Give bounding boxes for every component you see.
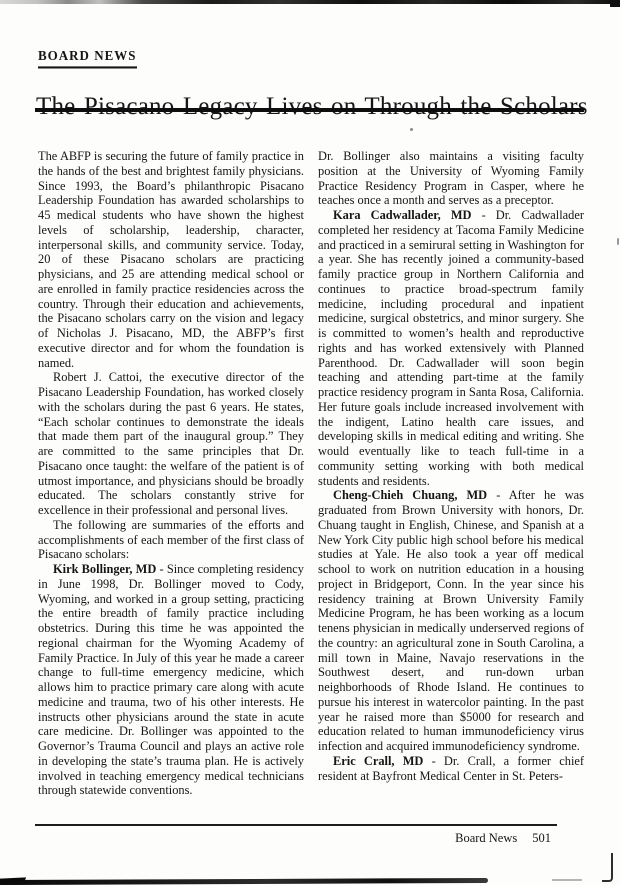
- paragraph: Dr. Bollinger also maintains a visiting …: [318, 149, 584, 208]
- scan-artifact-edge-mark: [617, 238, 619, 245]
- scan-artifact-corner-bracket: [602, 853, 613, 882]
- paragraph: Robert J. Cattoi, the executive director…: [38, 370, 304, 518]
- paragraph: The following are summaries of the effor…: [38, 518, 304, 562]
- scan-artifact-bottom-smudge: [552, 879, 582, 881]
- scan-artifact-bottom-line: [0, 878, 488, 885]
- left-column: The ABFP is securing the future of famil…: [38, 149, 304, 805]
- title-divider-rule: [35, 108, 584, 112]
- paragraph: Kirk Bollinger, MD - Since completing re…: [38, 562, 304, 798]
- scan-artifact-top-line: [0, 0, 620, 4]
- section-kicker: BOARD NEWS: [38, 48, 137, 69]
- footer-divider-rule: [35, 824, 557, 826]
- scan-artifact-dot: [410, 128, 413, 131]
- paragraph: The ABFP is securing the future of famil…: [38, 149, 304, 370]
- page-number: 501: [532, 831, 551, 845]
- paragraph: Kara Cadwallader, MD - Dr. Cadwallader c…: [318, 208, 584, 488]
- paragraph: Cheng-Chieh Chuang, MD - After he was gr…: [318, 488, 584, 754]
- paragraph: Eric Crall, MD - Dr. Crall, a former chi…: [318, 754, 584, 784]
- scan-artifact-top-corner: [610, 0, 620, 7]
- right-column: Dr. Bollinger also maintains a visiting …: [318, 149, 584, 805]
- scholar-name: Cheng-Chieh Chuang, MD: [333, 488, 487, 502]
- footer-section-label: Board News: [455, 831, 517, 845]
- running-footer: Board News501: [38, 831, 551, 846]
- scholar-name: Eric Crall, MD: [333, 754, 423, 768]
- article-body: The ABFP is securing the future of famil…: [38, 149, 584, 805]
- scholar-name: Kara Cadwallader, MD: [333, 208, 471, 222]
- article-title: The Pisacano Legacy Lives on Through the…: [36, 93, 588, 121]
- scholar-name: Kirk Bollinger, MD: [53, 562, 156, 576]
